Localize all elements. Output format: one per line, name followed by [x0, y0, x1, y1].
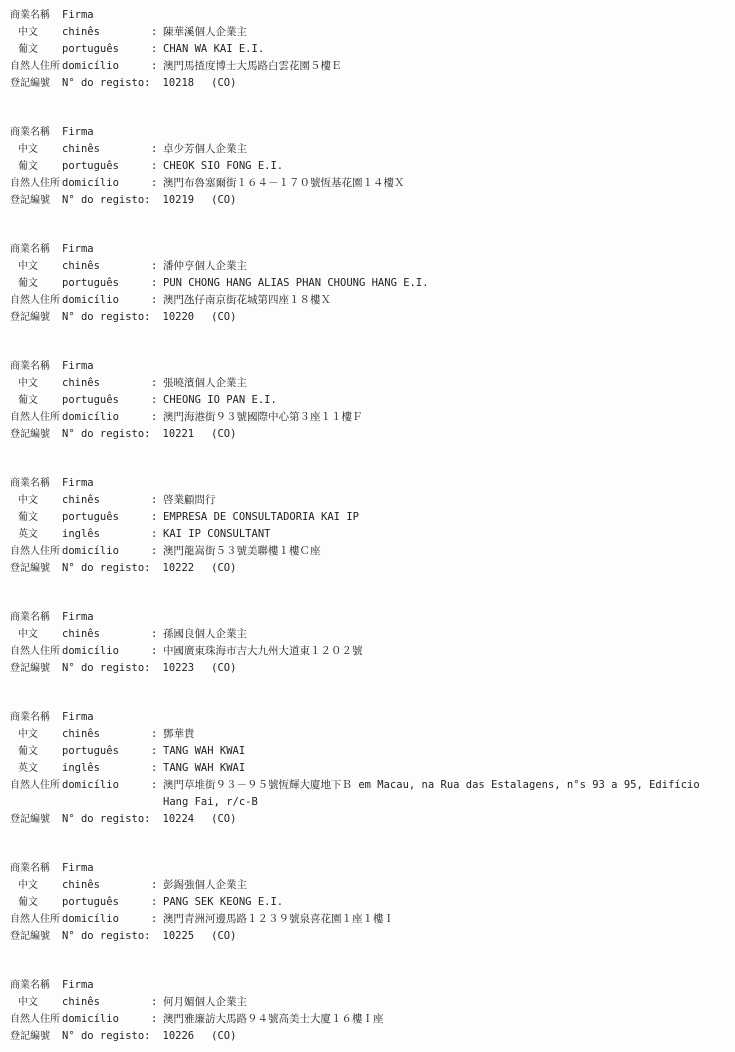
- colon: :: [151, 58, 163, 75]
- registry-record: 商業名稱Firma中文chinês:潘仲亨個人企業主葡文português:PU…: [10, 241, 727, 326]
- chinese-name-line: 中文chinês:張曉濱個人企業主: [10, 375, 727, 392]
- colon: :: [151, 777, 163, 794]
- registry-type: (CO): [211, 811, 236, 828]
- colon: :: [151, 275, 163, 292]
- registry-label-pt: N° do registo:: [62, 928, 151, 945]
- address-value: 澳門海港街９３號國際中心第３座１１樓Ｆ: [163, 409, 727, 426]
- registry-record: 商業名稱Firma中文chinês:陳華溪個人企業主葡文português:CH…: [10, 7, 727, 92]
- address-value: 澳門草堆街９３－９５號恆輝大廈地下Ｂ em Macau, na Rua das …: [163, 777, 727, 811]
- english-name-line: 英文inglês:KAI IP CONSULTANT: [10, 526, 727, 543]
- firm-label-zh: 商業名稱: [10, 241, 62, 258]
- domicile-label-zh: 自然人住所: [10, 543, 62, 560]
- registry-type: (CO): [211, 75, 236, 92]
- address-value: 中國廣東珠海市吉大九州大道東１２０２號: [163, 643, 727, 660]
- address-value: 澳門龍嵩街５３號美聯樓１樓Ｃ座: [163, 543, 727, 560]
- chinese-name-label-zh: 中文: [10, 877, 62, 894]
- registry-label-pt: N° do registo:: [62, 811, 151, 828]
- colon: :: [151, 760, 163, 777]
- firm-label-pt: Firma: [62, 609, 151, 626]
- domicile-label-pt: domicílio: [62, 911, 151, 928]
- registry-number: 10224: [163, 811, 195, 828]
- registry-label-zh: 登記編號: [10, 928, 62, 945]
- business-registry-page: 商業名稱Firma中文chinês:陳華溪個人企業主葡文português:CH…: [0, 0, 735, 1052]
- domicile-label-zh: 自然人住所: [10, 175, 62, 192]
- portuguese-name-line: 葡文português:PANG SEK KEONG E.I.: [10, 894, 727, 911]
- colon: :: [151, 894, 163, 911]
- firm-label-zh: 商業名稱: [10, 475, 62, 492]
- chinese-name-line: 中文chinês:陳華溪個人企業主: [10, 24, 727, 41]
- registry-number: 10220: [163, 309, 195, 326]
- chinese-name-label-zh: 中文: [10, 626, 62, 643]
- portuguese-name-value: CHAN WA KAI E.I.: [163, 41, 727, 58]
- colon: :: [151, 492, 163, 509]
- domicile-line: 自然人住所domicílio:中國廣東珠海市吉大九州大道東１２０２號: [10, 643, 727, 660]
- domicile-label-pt: domicílio: [62, 1011, 151, 1028]
- firm-header-line: 商業名稱Firma: [10, 860, 727, 877]
- registry-line: 登記編號N° do registo:10219(CO): [10, 192, 727, 209]
- registry-record: 商業名稱Firma中文chinês:啓業顧問行葡文português:EMPRE…: [10, 475, 727, 577]
- registry-type: (CO): [211, 928, 236, 945]
- registry-type: (CO): [211, 309, 236, 326]
- registry-number: 10225: [163, 928, 195, 945]
- registry-type: (CO): [211, 192, 236, 209]
- colon: :: [151, 643, 163, 660]
- chinese-name-line: 中文chinês:何月媚個人企業主: [10, 994, 727, 1011]
- portuguese-name-line: 葡文português:EMPRESA DE CONSULTADORIA KAI…: [10, 509, 727, 526]
- chinese-name-label-pt: chinês: [62, 994, 151, 1011]
- chinese-name-label-pt: chinês: [62, 726, 151, 743]
- portuguese-name-line: 葡文português:CHEONG IO PAN E.I.: [10, 392, 727, 409]
- portuguese-name-label-pt: português: [62, 41, 151, 58]
- colon: :: [151, 877, 163, 894]
- registry-number: 10219: [163, 192, 195, 209]
- colon: :: [151, 994, 163, 1011]
- chinese-name-value: 潘仲亨個人企業主: [163, 258, 727, 275]
- domicile-label-pt: domicílio: [62, 292, 151, 309]
- firm-header-line: 商業名稱Firma: [10, 709, 727, 726]
- firm-label-pt: Firma: [62, 709, 151, 726]
- registry-line: 登記編號N° do registo:10224(CO): [10, 811, 727, 828]
- domicile-label-zh: 自然人住所: [10, 58, 62, 75]
- english-name-value: KAI IP CONSULTANT: [163, 526, 727, 543]
- registry-record: 商業名稱Firma中文chinês:彭錫強個人企業主葡文português:PA…: [10, 860, 727, 945]
- firm-header-line: 商業名稱Firma: [10, 358, 727, 375]
- colon: :: [151, 158, 163, 175]
- registry-line: 登記編號N° do registo:10221(CO): [10, 426, 727, 443]
- colon: :: [151, 292, 163, 309]
- chinese-name-label-pt: chinês: [62, 258, 151, 275]
- chinese-name-line: 中文chinês:鄧華貴: [10, 726, 727, 743]
- portuguese-name-line: 葡文português:CHAN WA KAI E.I.: [10, 41, 727, 58]
- firm-label-zh: 商業名稱: [10, 977, 62, 994]
- firm-header-line: 商業名稱Firma: [10, 124, 727, 141]
- colon: :: [151, 626, 163, 643]
- colon: :: [151, 392, 163, 409]
- domicile-label-pt: domicílio: [62, 777, 151, 794]
- english-name-label-pt: inglês: [62, 526, 151, 543]
- chinese-name-label-pt: chinês: [62, 877, 151, 894]
- colon: :: [151, 24, 163, 41]
- portuguese-name-label-pt: português: [62, 743, 151, 760]
- english-name-label-zh: 英文: [10, 526, 62, 543]
- portuguese-name-label-pt: português: [62, 894, 151, 911]
- portuguese-name-label-pt: português: [62, 158, 151, 175]
- registry-number: 10223: [163, 660, 195, 677]
- colon: :: [151, 1011, 163, 1028]
- chinese-name-value: 孫國良個人企業主: [163, 626, 727, 643]
- portuguese-name-line: 葡文português:CHEOK SIO FONG E.I.: [10, 158, 727, 175]
- address-value: 澳門雅廉訪大馬路９４號高美士大廈１６樓Ｉ座: [163, 1011, 727, 1028]
- chinese-name-label-zh: 中文: [10, 375, 62, 392]
- registry-record: 商業名稱Firma中文chinês:鄧華貴葡文português:TANG WA…: [10, 709, 727, 828]
- portuguese-name-line: 葡文português:TANG WAH KWAI: [10, 743, 727, 760]
- registry-type: (CO): [211, 426, 236, 443]
- portuguese-name-label-pt: português: [62, 392, 151, 409]
- firm-label-zh: 商業名稱: [10, 124, 62, 141]
- domicile-label-zh: 自然人住所: [10, 643, 62, 660]
- registry-label-pt: N° do registo:: [62, 1028, 151, 1045]
- firm-label-pt: Firma: [62, 860, 151, 877]
- registry-label-pt: N° do registo:: [62, 426, 151, 443]
- portuguese-name-value: EMPRESA DE CONSULTADORIA KAI IP: [163, 509, 727, 526]
- chinese-name-line: 中文chinês:卓少芳個人企業主: [10, 141, 727, 158]
- registry-label-zh: 登記編號: [10, 192, 62, 209]
- chinese-name-line: 中文chinês:彭錫強個人企業主: [10, 877, 727, 894]
- firm-header-line: 商業名稱Firma: [10, 241, 727, 258]
- firm-label-pt: Firma: [62, 7, 151, 24]
- registry-line: 登記編號N° do registo:10226(CO): [10, 1028, 727, 1045]
- firm-label-zh: 商業名稱: [10, 358, 62, 375]
- registry-number: 10221: [163, 426, 195, 443]
- firm-label-pt: Firma: [62, 977, 151, 994]
- chinese-name-label-pt: chinês: [62, 141, 151, 158]
- chinese-name-value: 何月媚個人企業主: [163, 994, 727, 1011]
- address-value: 澳門布魯塞爾街１６４－１７０號恆基花園１４樓Ｘ: [163, 175, 727, 192]
- chinese-name-line: 中文chinês:潘仲亨個人企業主: [10, 258, 727, 275]
- portuguese-name-label-zh: 葡文: [10, 158, 62, 175]
- portuguese-name-value: PUN CHONG HANG ALIAS PHAN CHOUNG HANG E.…: [163, 275, 727, 292]
- domicile-line: 自然人住所domicílio:澳門氹仔南京街花城第四座１８樓Ｘ: [10, 292, 727, 309]
- chinese-name-label-pt: chinês: [62, 626, 151, 643]
- portuguese-name-label-zh: 葡文: [10, 275, 62, 292]
- domicile-line: 自然人住所domicílio:澳門青洲河邊馬路１２３９號泉喜花園１座１樓Ｉ: [10, 911, 727, 928]
- portuguese-name-label-zh: 葡文: [10, 894, 62, 911]
- chinese-name-value: 彭錫強個人企業主: [163, 877, 727, 894]
- registry-record: 商業名稱Firma中文chinês:卓少芳個人企業主葡文português:CH…: [10, 124, 727, 209]
- portuguese-name-label-zh: 葡文: [10, 392, 62, 409]
- chinese-name-value: 卓少芳個人企業主: [163, 141, 727, 158]
- portuguese-name-label-zh: 葡文: [10, 743, 62, 760]
- colon: :: [151, 526, 163, 543]
- domicile-line: 自然人住所domicílio:澳門海港街９３號國際中心第３座１１樓Ｆ: [10, 409, 727, 426]
- registry-line: 登記編號N° do registo:10222(CO): [10, 560, 727, 577]
- chinese-name-label-pt: chinês: [62, 492, 151, 509]
- registry-number: 10218: [163, 75, 195, 92]
- chinese-name-label-zh: 中文: [10, 492, 62, 509]
- registry-label-zh: 登記編號: [10, 426, 62, 443]
- firm-label-pt: Firma: [62, 241, 151, 258]
- english-name-label-zh: 英文: [10, 760, 62, 777]
- portuguese-name-value: CHEONG IO PAN E.I.: [163, 392, 727, 409]
- registry-label-zh: 登記編號: [10, 560, 62, 577]
- colon: :: [151, 543, 163, 560]
- chinese-name-line: 中文chinês:啓業顧問行: [10, 492, 727, 509]
- chinese-name-label-zh: 中文: [10, 24, 62, 41]
- portuguese-name-label-zh: 葡文: [10, 509, 62, 526]
- chinese-name-label-pt: chinês: [62, 24, 151, 41]
- registry-record: 商業名稱Firma中文chinês:張曉濱個人企業主葡文português:CH…: [10, 358, 727, 443]
- registry-records-list: 商業名稱Firma中文chinês:陳華溪個人企業主葡文português:CH…: [10, 7, 727, 1045]
- portuguese-name-value: CHEOK SIO FONG E.I.: [163, 158, 727, 175]
- address-value: 澳門青洲河邊馬路１２３９號泉喜花園１座１樓Ｉ: [163, 911, 727, 928]
- domicile-line: 自然人住所domicílio:澳門龍嵩街５３號美聯樓１樓Ｃ座: [10, 543, 727, 560]
- firm-label-zh: 商業名稱: [10, 709, 62, 726]
- chinese-name-value: 張曉濱個人企業主: [163, 375, 727, 392]
- registry-line: 登記編號N° do registo:10218(CO): [10, 75, 727, 92]
- portuguese-name-value: TANG WAH KWAI: [163, 743, 727, 760]
- registry-line: 登記編號N° do registo:10225(CO): [10, 928, 727, 945]
- portuguese-name-label-zh: 葡文: [10, 41, 62, 58]
- firm-label-zh: 商業名稱: [10, 7, 62, 24]
- colon: :: [151, 41, 163, 58]
- firm-label-pt: Firma: [62, 124, 151, 141]
- colon: :: [151, 375, 163, 392]
- colon: :: [151, 743, 163, 760]
- english-name-value: TANG WAH KWAI: [163, 760, 727, 777]
- domicile-label-zh: 自然人住所: [10, 292, 62, 309]
- domicile-line: 自然人住所domicílio:澳門草堆街９３－９５號恆輝大廈地下Ｂ em Mac…: [10, 777, 727, 811]
- english-name-label-pt: inglês: [62, 760, 151, 777]
- registry-label-pt: N° do registo:: [62, 560, 151, 577]
- firm-header-line: 商業名稱Firma: [10, 609, 727, 626]
- firm-label-pt: Firma: [62, 358, 151, 375]
- chinese-name-label-zh: 中文: [10, 141, 62, 158]
- domicile-label-pt: domicílio: [62, 175, 151, 192]
- registry-type: (CO): [211, 660, 236, 677]
- registry-label-pt: N° do registo:: [62, 192, 151, 209]
- firm-header-line: 商業名稱Firma: [10, 475, 727, 492]
- domicile-label-zh: 自然人住所: [10, 911, 62, 928]
- portuguese-name-label-pt: português: [62, 509, 151, 526]
- colon: :: [151, 258, 163, 275]
- registry-label-zh: 登記編號: [10, 660, 62, 677]
- domicile-label-pt: domicílio: [62, 409, 151, 426]
- chinese-name-value: 啓業顧問行: [163, 492, 727, 509]
- registry-record: 商業名稱Firma中文chinês:何月媚個人企業主自然人住所domicílio…: [10, 977, 727, 1045]
- address-value: 澳門馬揸度博士大馬路白雲花園５樓Ｅ: [163, 58, 727, 75]
- domicile-label-pt: domicílio: [62, 643, 151, 660]
- chinese-name-label-zh: 中文: [10, 994, 62, 1011]
- registry-label-zh: 登記編號: [10, 309, 62, 326]
- firm-header-line: 商業名稱Firma: [10, 977, 727, 994]
- colon: :: [151, 509, 163, 526]
- firm-label-zh: 商業名稱: [10, 609, 62, 626]
- chinese-name-label-pt: chinês: [62, 375, 151, 392]
- domicile-line: 自然人住所domicílio:澳門布魯塞爾街１６４－１７０號恆基花園１４樓Ｘ: [10, 175, 727, 192]
- chinese-name-value: 鄧華貴: [163, 726, 727, 743]
- registry-label-zh: 登記編號: [10, 75, 62, 92]
- chinese-name-line: 中文chinês:孫國良個人企業主: [10, 626, 727, 643]
- registry-label-pt: N° do registo:: [62, 309, 151, 326]
- domicile-label-zh: 自然人住所: [10, 1011, 62, 1028]
- registry-type: (CO): [211, 1028, 236, 1045]
- portuguese-name-line: 葡文português:PUN CHONG HANG ALIAS PHAN CH…: [10, 275, 727, 292]
- colon: :: [151, 141, 163, 158]
- firm-header-line: 商業名稱Firma: [10, 7, 727, 24]
- domicile-label-pt: domicílio: [62, 58, 151, 75]
- firm-label-pt: Firma: [62, 475, 151, 492]
- registry-line: 登記編號N° do registo:10220(CO): [10, 309, 727, 326]
- registry-record: 商業名稱Firma中文chinês:孫國良個人企業主自然人住所domicílio…: [10, 609, 727, 677]
- registry-line: 登記編號N° do registo:10223(CO): [10, 660, 727, 677]
- colon: :: [151, 409, 163, 426]
- english-name-line: 英文inglês:TANG WAH KWAI: [10, 760, 727, 777]
- registry-label-zh: 登記編號: [10, 811, 62, 828]
- registry-label-pt: N° do registo:: [62, 75, 151, 92]
- registry-label-zh: 登記編號: [10, 1028, 62, 1045]
- domicile-label-pt: domicílio: [62, 543, 151, 560]
- registry-type: (CO): [211, 560, 236, 577]
- chinese-name-label-zh: 中文: [10, 258, 62, 275]
- domicile-label-zh: 自然人住所: [10, 777, 62, 794]
- colon: :: [151, 911, 163, 928]
- chinese-name-value: 陳華溪個人企業主: [163, 24, 727, 41]
- registry-number: 10226: [163, 1028, 195, 1045]
- registry-label-pt: N° do registo:: [62, 660, 151, 677]
- domicile-label-zh: 自然人住所: [10, 409, 62, 426]
- chinese-name-label-zh: 中文: [10, 726, 62, 743]
- portuguese-name-label-pt: português: [62, 275, 151, 292]
- domicile-line: 自然人住所domicílio:澳門雅廉訪大馬路９４號高美士大廈１６樓Ｉ座: [10, 1011, 727, 1028]
- address-value: 澳門氹仔南京街花城第四座１８樓Ｘ: [163, 292, 727, 309]
- portuguese-name-value: PANG SEK KEONG E.I.: [163, 894, 727, 911]
- registry-number: 10222: [163, 560, 195, 577]
- colon: :: [151, 175, 163, 192]
- firm-label-zh: 商業名稱: [10, 860, 62, 877]
- domicile-line: 自然人住所domicílio:澳門馬揸度博士大馬路白雲花園５樓Ｅ: [10, 58, 727, 75]
- colon: :: [151, 726, 163, 743]
